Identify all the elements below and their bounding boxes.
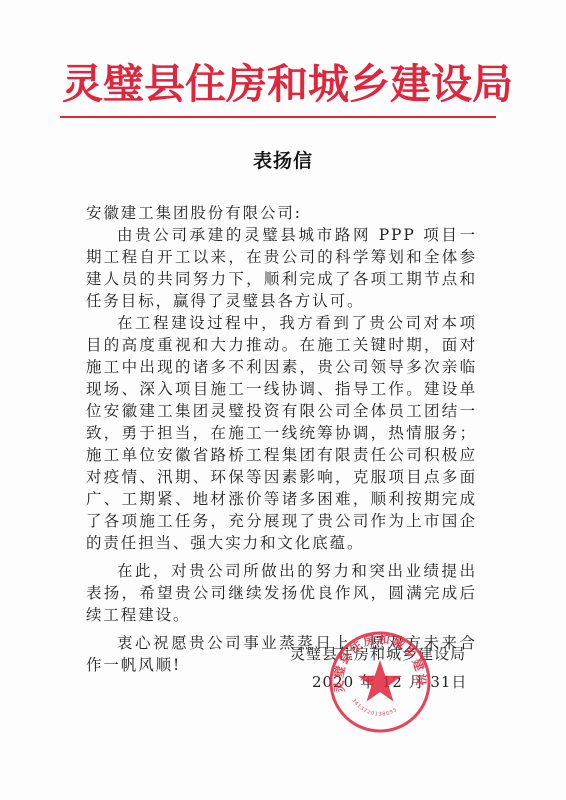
document-page: 灵璧县住房和城乡建设局 表扬信 安徽建工集团股份有限公司: 由贵公司承建的灵璧县…	[0, 0, 566, 800]
document-title: 表扬信	[0, 146, 566, 173]
seal-serial: 3413220138095	[350, 698, 398, 718]
paragraph-3: 在此，对贵公司所做出的努力和突出业绩提出表扬，希望贵公司继续发扬优良作风，圆满完…	[86, 560, 477, 626]
letterhead-divider	[60, 116, 496, 118]
signature-organization: 灵璧县住房和城乡建设局	[290, 640, 490, 668]
paragraph-2: 在工程建设过程中，我方看到了贵公司对本项目的高度重视和大力推动。在施工关键时期，…	[86, 312, 477, 554]
letterhead-title: 灵璧县住房和城乡建设局	[62, 56, 495, 112]
signature-block: 灵璧县住房和城乡建设局 2020 年 12 月 31日	[290, 640, 490, 696]
paragraph-1: 由贵公司承建的灵璧县城市路网 PPP 项目一期工程自开工以来，在贵公司的科学筹划…	[86, 224, 477, 312]
signature-date: 2020 年 12 月 31日	[290, 668, 490, 696]
letter-body: 安徽建工集团股份有限公司: 由贵公司承建的灵璧县城市路网 PPP 项目一期工程自…	[86, 202, 477, 676]
svg-text:3413220138095: 3413220138095	[350, 698, 398, 718]
salutation: 安徽建工集团股份有限公司:	[86, 202, 477, 224]
